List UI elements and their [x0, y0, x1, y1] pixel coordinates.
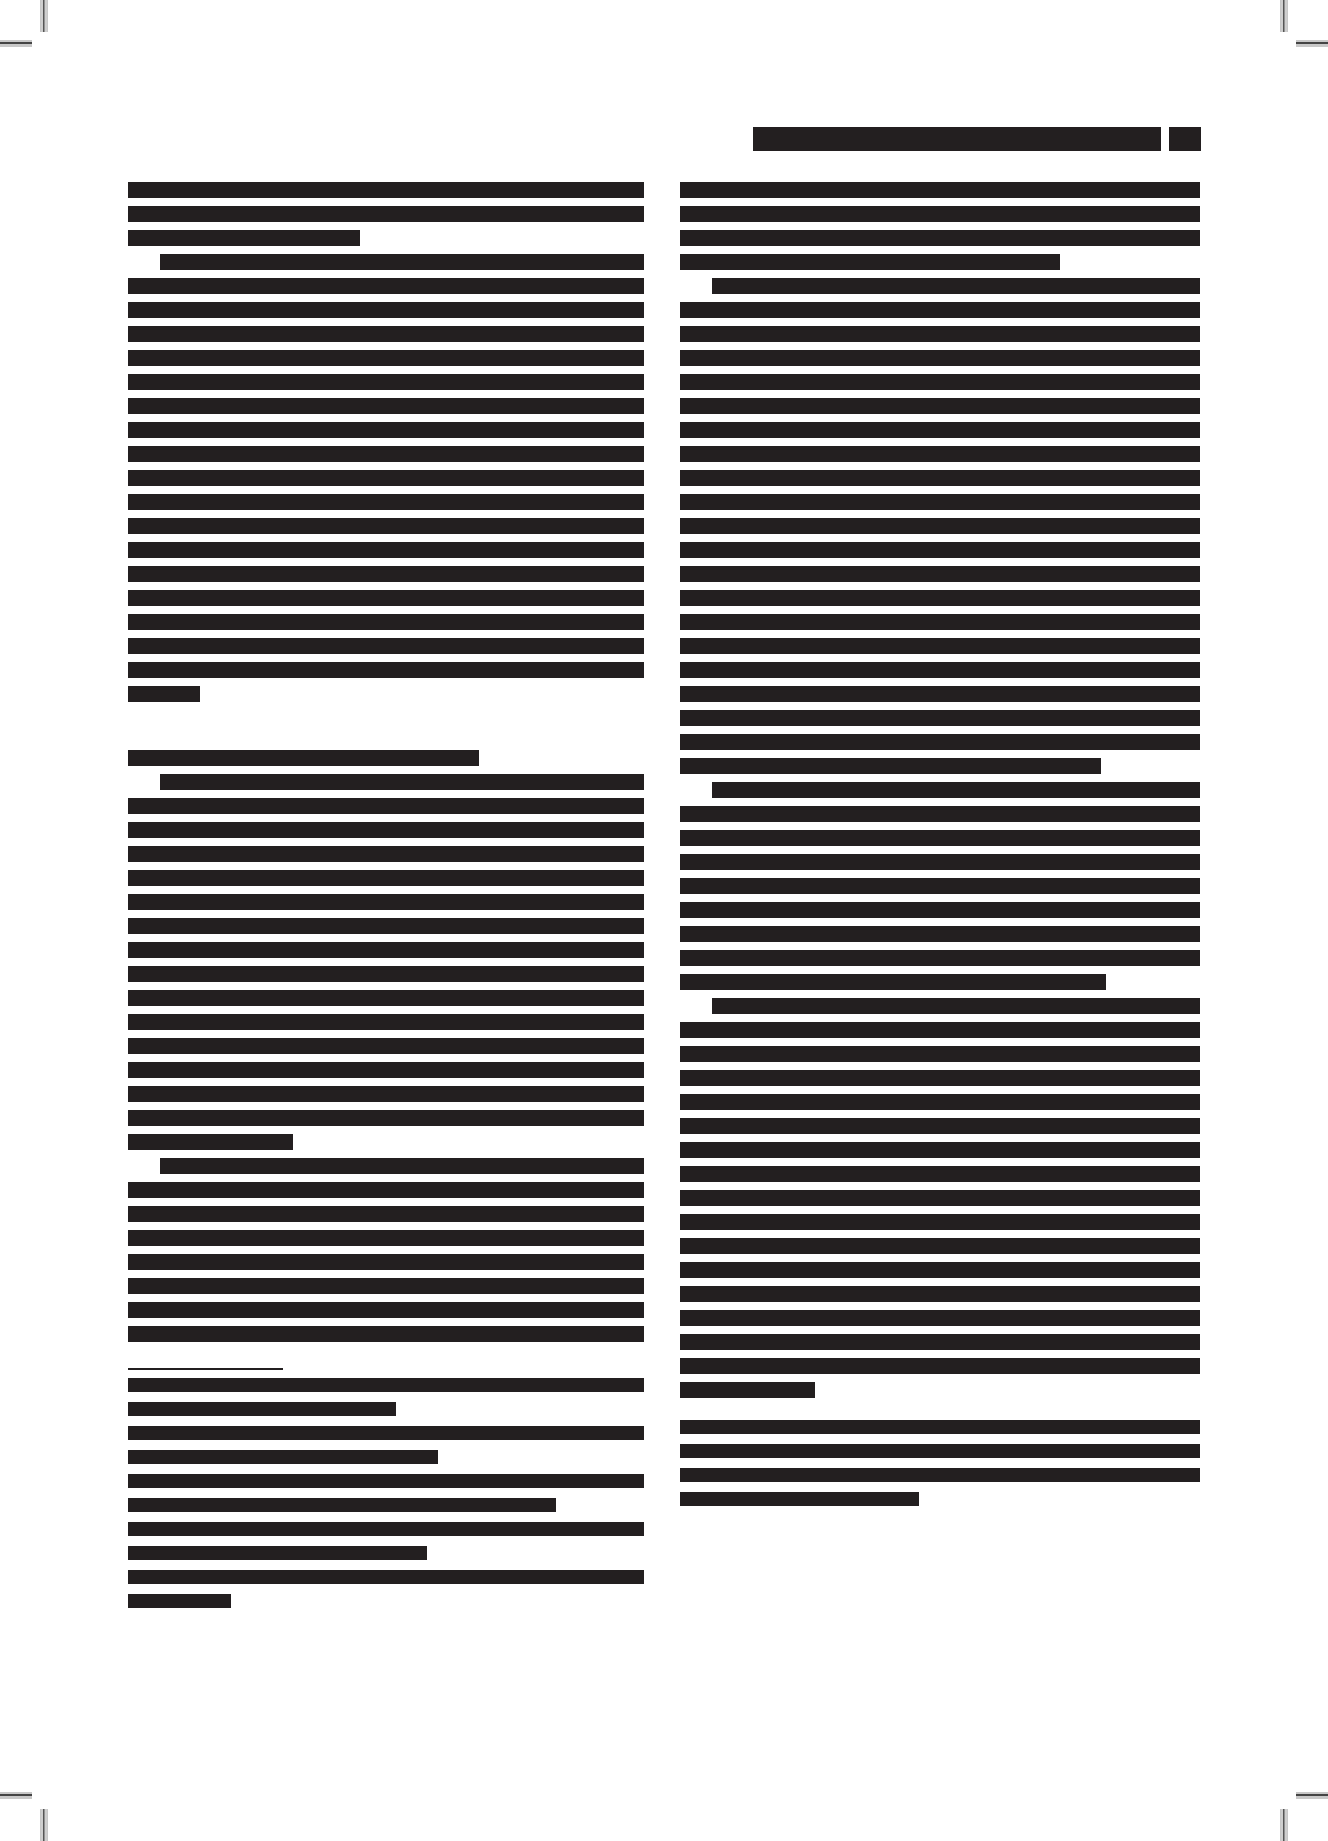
text-line: [128, 774, 644, 790]
running-header: [redacted running header] [redacted]: [753, 127, 1201, 151]
text-line: [128, 518, 644, 534]
redacted-text: [128, 638, 644, 654]
text-line: [128, 1206, 644, 1222]
redacted-text: [680, 854, 1200, 870]
text-line: [680, 326, 1200, 342]
redacted-text: [680, 662, 1200, 678]
text-line: [128, 1110, 644, 1126]
text-line: [128, 278, 644, 294]
redacted-text: [128, 542, 644, 558]
text-line: [680, 350, 1200, 366]
paragraph: [128, 1158, 644, 1342]
redacted-text: [128, 374, 644, 390]
redacted-text: [680, 1262, 1200, 1278]
crop-mark-bottom-left-vertical: [40, 1809, 48, 1841]
redacted-text: [128, 1206, 644, 1222]
redacted-text: [128, 1014, 644, 1030]
text-line: [128, 870, 644, 886]
text-line: [128, 798, 644, 814]
redacted-text: [680, 1420, 1200, 1434]
footnote-rule: [128, 1368, 283, 1370]
redacted-text: [128, 494, 644, 510]
text-line: [128, 1278, 644, 1294]
text-line: [680, 1046, 1200, 1062]
text-line: [128, 662, 644, 678]
paragraph: [680, 278, 1200, 774]
text-line: [128, 206, 644, 222]
text-line: [680, 590, 1200, 606]
redacted-text: [128, 1402, 396, 1416]
text-line: [128, 1594, 644, 1608]
redacted-text: [128, 918, 644, 934]
redacted-text: [680, 1118, 1200, 1134]
redacted-text: [680, 446, 1200, 462]
redacted-text: [680, 1238, 1200, 1254]
text-line: [680, 1190, 1200, 1206]
text-line: [128, 614, 644, 630]
redacted-text: [128, 662, 644, 678]
text-line: [680, 998, 1200, 1014]
redacted-text: [680, 686, 1200, 702]
redacted-text: [128, 1570, 644, 1584]
text-line: [128, 1302, 644, 1318]
redacted-text: [680, 1214, 1200, 1230]
spacer: [128, 1350, 644, 1368]
text-line: [680, 974, 1200, 990]
paragraph: [680, 998, 1200, 1398]
text-line: [680, 1142, 1200, 1158]
text-line: [128, 590, 644, 606]
text-line: [128, 1158, 644, 1174]
text-line: [680, 734, 1200, 750]
text-line: [128, 686, 644, 702]
redacted-text: [128, 966, 644, 982]
text-line: [680, 830, 1200, 846]
text-line: [680, 806, 1200, 822]
redacted-text: [680, 350, 1200, 366]
text-line: [128, 254, 644, 270]
redacted-text: [128, 1450, 438, 1464]
text-line: [128, 1522, 644, 1536]
text-line: [680, 1310, 1200, 1326]
text-line: [680, 1334, 1200, 1350]
redacted-text: [680, 230, 1200, 246]
redacted-text: [680, 1358, 1200, 1374]
redacted-text: [128, 1474, 644, 1488]
text-line: [680, 470, 1200, 486]
redacted-text: [128, 846, 644, 862]
text-line: [128, 1426, 644, 1440]
redacted-text: [128, 1326, 644, 1342]
footnotes-block: [680, 1420, 1200, 1506]
redacted-text: [680, 398, 1200, 414]
redacted-text: [680, 254, 1060, 270]
text-line: [680, 494, 1200, 510]
redacted-text: [128, 1522, 644, 1536]
text-line: [680, 1070, 1200, 1086]
redacted-text: [680, 1492, 919, 1506]
redacted-text: [128, 1182, 644, 1198]
redacted-text: [128, 230, 360, 246]
text-line: [128, 470, 644, 486]
redacted-text: [680, 1444, 1200, 1458]
redacted-text: [160, 1158, 644, 1174]
text-line: [128, 822, 644, 838]
redacted-text: [712, 278, 1200, 294]
text-line: [128, 942, 644, 958]
text-line: [128, 1546, 644, 1560]
redacted-text: [680, 494, 1200, 510]
text-line: [680, 1286, 1200, 1302]
redacted-text: [128, 686, 200, 702]
redacted-text: [128, 822, 644, 838]
text-line: [680, 398, 1200, 414]
redacted-text: [680, 638, 1200, 654]
text-line: [680, 254, 1200, 270]
text-line: [680, 1262, 1200, 1278]
spacer: [680, 1406, 1200, 1420]
text-line: [680, 926, 1200, 942]
running-header-title: [redacted running header]: [753, 127, 1161, 151]
redacted-text: [680, 590, 1200, 606]
text-line: [680, 302, 1200, 318]
redacted-text: [680, 1310, 1200, 1326]
redacted-text: [680, 1094, 1200, 1110]
text-line: [680, 782, 1200, 798]
text-line: [680, 1444, 1200, 1458]
redacted-text: [680, 806, 1200, 822]
redacted-text: [128, 990, 644, 1006]
text-line: [128, 1326, 644, 1342]
left-text-column: [128, 182, 644, 1618]
redacted-text: [680, 326, 1200, 342]
text-line: [128, 230, 644, 246]
redacted-text: [680, 1070, 1200, 1086]
redacted-text: [680, 206, 1200, 222]
text-line: [680, 1382, 1200, 1398]
text-line: [128, 990, 644, 1006]
text-line: [680, 614, 1200, 630]
redacted-text: [128, 206, 644, 222]
redacted-text: [680, 974, 1106, 990]
redacted-text: [128, 1086, 644, 1102]
redacted-text: [128, 1378, 644, 1392]
text-line: [128, 1498, 644, 1512]
text-line: [680, 1420, 1200, 1434]
redacted-text: [128, 278, 644, 294]
text-line: [680, 1492, 1200, 1506]
redacted-text: [680, 830, 1200, 846]
text-line: [128, 1182, 644, 1198]
redacted-text: [680, 1190, 1200, 1206]
redacted-text: [680, 1046, 1200, 1062]
paragraph: [680, 782, 1200, 990]
crop-mark-bottom-right-vertical: [1280, 1809, 1288, 1841]
text-line: [128, 1570, 644, 1584]
text-line: [680, 638, 1200, 654]
crop-mark-top-right-horizontal: [1296, 40, 1328, 47]
text-line: [128, 1230, 644, 1246]
crop-mark-bottom-right-horizontal: [1296, 1792, 1328, 1799]
redacted-text: [680, 542, 1200, 558]
redacted-text: [128, 894, 644, 910]
redacted-text: [128, 1302, 644, 1318]
redacted-text: [128, 1038, 644, 1054]
crop-mark-top-left-vertical: [40, 0, 48, 32]
redacted-text: [680, 470, 1200, 486]
text-line: [680, 686, 1200, 702]
text-line: [128, 422, 644, 438]
text-line: [680, 878, 1200, 894]
redacted-text: [128, 302, 644, 318]
text-line: [128, 966, 644, 982]
text-line: [128, 1062, 644, 1078]
text-line: [128, 446, 644, 462]
text-line: [680, 278, 1200, 294]
redacted-text: [128, 1426, 644, 1440]
text-line: [680, 422, 1200, 438]
text-line: [680, 182, 1200, 198]
text-line: [128, 374, 644, 390]
redacted-text: [712, 782, 1200, 798]
text-line: [680, 1358, 1200, 1374]
redacted-text: [680, 614, 1200, 630]
section-heading: [128, 750, 644, 766]
text-line: [680, 710, 1200, 726]
text-line: [128, 302, 644, 318]
page-number: [redacted]: [1169, 127, 1201, 151]
redacted-text: [680, 518, 1200, 534]
text-line: [128, 566, 644, 582]
redacted-text: [128, 518, 644, 534]
redacted-text: [128, 566, 644, 582]
redacted-text: [128, 1498, 556, 1512]
redacted-text: [680, 1468, 1200, 1482]
text-line: [128, 1014, 644, 1030]
redacted-text: [128, 422, 644, 438]
redacted-text: [128, 350, 644, 366]
redacted-text: [128, 1546, 427, 1560]
text-line: [680, 518, 1200, 534]
text-line: [680, 662, 1200, 678]
text-line: [128, 182, 644, 198]
redacted-text: [680, 926, 1200, 942]
text-line: [680, 854, 1200, 870]
text-line: [128, 1254, 644, 1270]
right-text-column: [680, 182, 1200, 1516]
paragraph: [128, 182, 644, 246]
redacted-text: [680, 1022, 1200, 1038]
text-line: [128, 1378, 644, 1392]
redacted-text: [128, 798, 644, 814]
redacted-text: [128, 1110, 644, 1126]
footnotes-block: [128, 1378, 644, 1608]
redacted-text: [680, 1286, 1200, 1302]
text-line: [680, 1214, 1200, 1230]
redacted-text: [128, 470, 644, 486]
redacted-text: [128, 1594, 231, 1608]
text-line: [128, 494, 644, 510]
redacted-text: [680, 422, 1200, 438]
redacted-text: [680, 902, 1200, 918]
text-line: [680, 446, 1200, 462]
text-line: [680, 758, 1200, 774]
text-line: [128, 638, 644, 654]
text-line: [680, 1094, 1200, 1110]
redacted-text: [128, 1134, 293, 1150]
redacted-text: [680, 374, 1200, 390]
redacted-text: [128, 1278, 644, 1294]
text-line: [680, 1118, 1200, 1134]
paragraph: [128, 774, 644, 1150]
redacted-text: [128, 590, 644, 606]
text-line: [680, 1166, 1200, 1182]
text-line: [128, 1038, 644, 1054]
redacted-text: [160, 254, 644, 270]
redacted-text: [680, 182, 1200, 198]
text-line: [680, 566, 1200, 582]
redacted-text: [680, 1382, 815, 1398]
text-line: [128, 1450, 644, 1464]
redacted-text: [128, 1254, 644, 1270]
text-line: [680, 1238, 1200, 1254]
text-line: [128, 542, 644, 558]
redacted-text: [128, 182, 644, 198]
text-line: [128, 1086, 644, 1102]
text-line: [128, 350, 644, 366]
text-line: [680, 206, 1200, 222]
text-line: [680, 542, 1200, 558]
crop-mark-bottom-left-horizontal: [0, 1792, 32, 1799]
redacted-text: [680, 1166, 1200, 1182]
redacted-text: [128, 446, 644, 462]
text-line: [680, 902, 1200, 918]
redacted-text: [680, 566, 1200, 582]
text-line: [128, 846, 644, 862]
crop-mark-top-left-horizontal: [0, 40, 32, 47]
spacer: [128, 710, 644, 750]
redacted-text: [680, 1142, 1200, 1158]
paragraph: [680, 182, 1200, 270]
redacted-text: [128, 398, 644, 414]
redacted-text: [128, 1062, 644, 1078]
text-line: [680, 1022, 1200, 1038]
text-line: [680, 230, 1200, 246]
redacted-text: [680, 950, 1200, 966]
text-line: [680, 374, 1200, 390]
text-line: [128, 1474, 644, 1488]
redacted-text: [160, 774, 644, 790]
redacted-text: [128, 1230, 644, 1246]
text-line: [128, 326, 644, 342]
redacted-heading-text: [128, 750, 479, 766]
redacted-text: [128, 942, 644, 958]
redacted-text: [680, 1334, 1200, 1350]
redacted-text: [712, 998, 1200, 1014]
redacted-text: [680, 710, 1200, 726]
text-line: [680, 950, 1200, 966]
redacted-text: [680, 734, 1200, 750]
text-line: [128, 398, 644, 414]
text-line: [128, 894, 644, 910]
redacted-text: [128, 870, 644, 886]
text-line: [128, 1134, 644, 1150]
redacted-text: [680, 758, 1101, 774]
text-line: [128, 1402, 644, 1416]
paragraph: [128, 254, 644, 702]
crop-mark-top-right-vertical: [1280, 0, 1288, 32]
redacted-text: [680, 878, 1200, 894]
redacted-text: [128, 614, 644, 630]
redacted-text: [128, 326, 644, 342]
redacted-text: [680, 302, 1200, 318]
text-line: [128, 918, 644, 934]
text-line: [680, 1468, 1200, 1482]
